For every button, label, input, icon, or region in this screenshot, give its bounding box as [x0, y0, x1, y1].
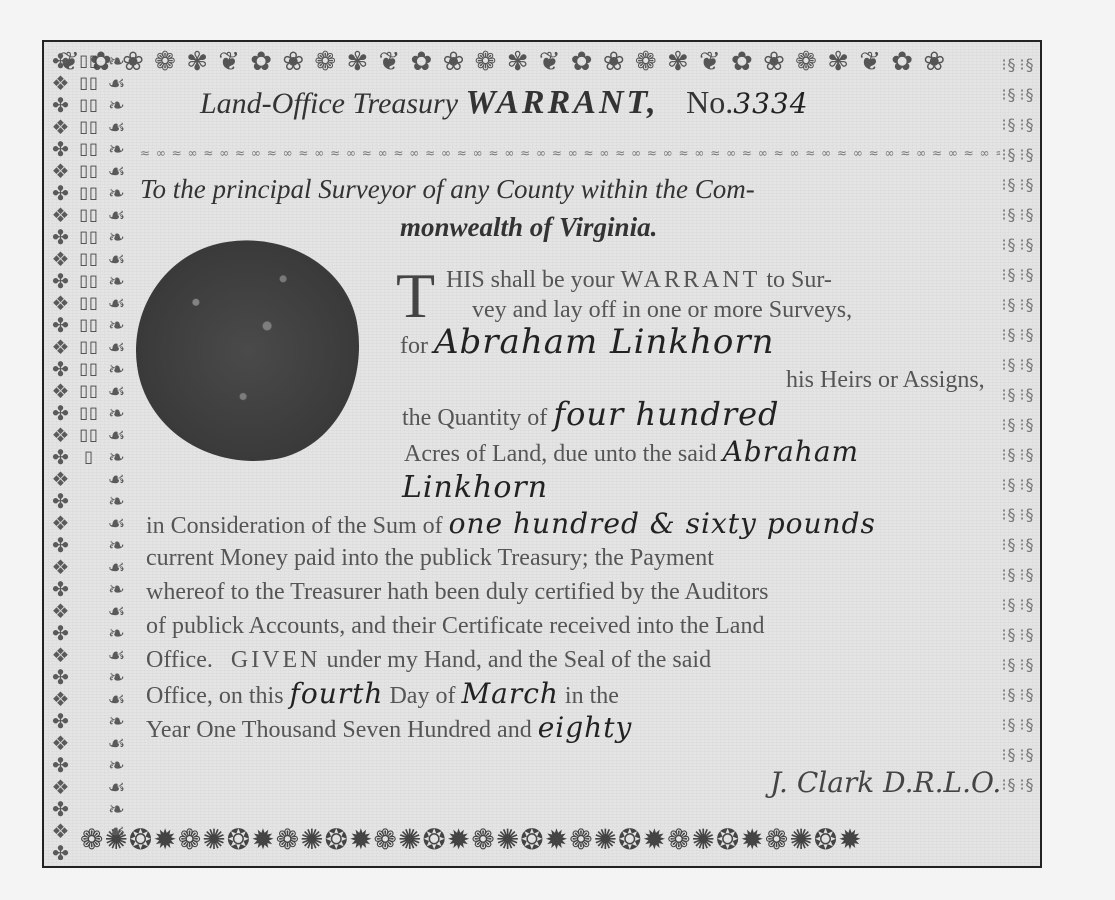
right-border-column: ⁝§⁝§⁝§⁝§⁝§⁝§⁝§⁝§⁝§⁝§⁝§⁝§⁝§⁝§⁝§⁝§⁝§⁝§⁝§⁝§…: [1018, 50, 1036, 820]
text: Day of: [383, 683, 461, 709]
text: under my Hand, and the Seal of the said: [321, 647, 712, 673]
text: the Quantity of: [402, 405, 553, 431]
address-line-1: To the principal Surveyor of any County …: [140, 174, 755, 204]
text: Year One Thousand Seven Hundred and: [146, 717, 538, 743]
number-label: No.: [686, 84, 733, 120]
body-line: whereof to the Treasurer hath been duly …: [146, 576, 769, 608]
body-line: his Heirs or Assigns,: [786, 364, 985, 396]
warrant-number: No.3334: [686, 84, 808, 120]
text: in the: [559, 683, 619, 709]
right-border-column: ⁝§⁝§⁝§⁝§⁝§⁝§⁝§⁝§⁝§⁝§⁝§⁝§⁝§⁝§⁝§⁝§⁝§⁝§⁝§⁝§…: [1000, 50, 1018, 820]
left-border-column: ❧☙❧☙❧☙❧☙❧☙❧☙❧☙❧☙❧☙❧☙❧☙❧☙❧☙❧☙❧☙❧☙❧☙❧☙: [104, 50, 130, 860]
body-line: HIS shall be your WARRANT to Sur-: [446, 264, 832, 296]
text: Office.: [146, 647, 231, 673]
body-line: in Consideration of the Sum of one hundr…: [146, 508, 876, 542]
body-line: Acres of Land, due unto the said Abraham: [404, 436, 859, 470]
acreage-quantity: four hundred: [553, 395, 779, 433]
body-line: Year One Thousand Seven Hundred and eigh…: [146, 712, 632, 746]
top-ornamental-border: ❦ ✿ ❀ ❁ ✾ ❦ ✿ ❀ ❁ ✾ ❦ ✿ ❀ ❁ ✾ ❦ ✿ ❀ ❁ ✾ …: [58, 44, 988, 80]
left-ornamental-border: ✤❖✤❖✤❖✤❖✤❖✤❖✤❖✤❖✤❖✤❖✤❖✤❖✤❖✤❖✤❖✤❖✤❖✤❖✤❖✤❖…: [48, 50, 138, 860]
left-border-column: ▯▯▯▯▯▯▯▯▯▯▯▯▯▯▯▯▯▯▯▯▯▯▯▯▯▯▯▯▯▯▯▯▯▯▯▯▯: [76, 50, 102, 860]
body-line: Office. GIVEN under my Hand, and the Sea…: [146, 644, 711, 676]
number-value: 3334: [733, 87, 808, 120]
body-line: for Abraham Linkhorn: [400, 326, 775, 362]
body-line: the Quantity of four hundred: [402, 398, 780, 434]
text: in Consideration of the Sum of: [146, 513, 449, 539]
body-line: Linkhorn: [402, 472, 548, 506]
consideration-sum: one hundred & sixty pounds: [449, 507, 876, 540]
warrant-title: Land-Office Treasury WARRANT, No.3334: [200, 84, 1030, 122]
left-border-column: ✤❖✤❖✤❖✤❖✤❖✤❖✤❖✤❖✤❖✤❖✤❖✤❖✤❖✤❖✤❖✤❖✤❖✤❖✤❖✤❖…: [48, 50, 74, 860]
body-line: current Money paid into the publick Trea…: [146, 542, 714, 574]
bottom-ornamental-border: ❁✺❂✹❁✺❂✹❁✺❂✹❁✺❂✹❁✺❂✹❁✺❂✹❁✺❂✹❁✺❂✹: [80, 820, 1000, 860]
text: to Sur-: [760, 267, 832, 293]
grantee-last-name: Linkhorn: [402, 470, 548, 505]
text: Acres of Land, due unto the said: [404, 441, 723, 467]
text: HIS shall be your: [446, 267, 621, 293]
grantee-name: Abraham Linkhorn: [434, 322, 775, 362]
body-line: Office, on this fourth Day of March in t…: [146, 678, 619, 712]
ornamental-separator: ≈ ∞ ≈ ∞ ≈ ∞ ≈ ∞ ≈ ∞ ≈ ∞ ≈ ∞ ≈ ∞ ≈ ∞ ≈ ∞ …: [140, 146, 1000, 160]
issue-day: fourth: [290, 677, 384, 710]
text: WARRANT: [621, 267, 761, 293]
title-warrant-word: WARRANT,: [466, 84, 659, 121]
body-line: of publick Accounts, and their Certifica…: [146, 610, 764, 642]
text: Office, on this: [146, 683, 290, 709]
registrar-signature: J. Clark D.R.L.O.: [770, 766, 1001, 799]
issue-year-word: eighty: [538, 711, 633, 744]
issue-month: March: [461, 677, 558, 710]
drop-cap: T: [396, 264, 435, 328]
grantee-first-name: Abraham: [723, 435, 860, 468]
right-ornamental-border: ⁝§⁝§⁝§⁝§⁝§⁝§⁝§⁝§⁝§⁝§⁝§⁝§⁝§⁝§⁝§⁝§⁝§⁝§⁝§⁝§…: [1000, 50, 1036, 820]
address-line-2: monwealth of Virginia.: [140, 208, 1010, 246]
title-prefix: Land-Office Treasury: [200, 87, 458, 120]
address-heading: To the principal Surveyor of any County …: [140, 170, 1010, 246]
text: GIVEN: [231, 647, 321, 673]
text: for: [400, 333, 434, 359]
